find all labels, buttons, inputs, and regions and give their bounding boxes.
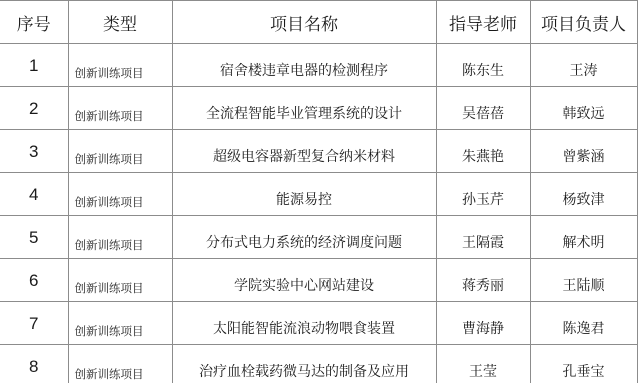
cell-leader: 韩致远 [530,87,637,130]
cell-leader: 陈逸君 [530,302,637,345]
cell-leader: 解术明 [530,216,637,259]
cell-leader: 杨致津 [530,173,637,216]
cell-name: 分布式电力系统的经济调度问题 [172,216,436,259]
cell-advisor: 王莹 [436,345,530,383]
header-leader: 项目负责人 [530,1,637,44]
cell-leader: 孔垂宝 [530,345,637,383]
name-text: 宿舍楼违章电器的检测程序 [173,60,436,86]
cell-name: 能源易控 [172,173,436,216]
type-text: 创新训练项目 [69,65,172,86]
type-text: 创新训练项目 [69,280,172,301]
name-text: 太阳能智能流浪动物喂食装置 [173,318,436,344]
index-text: 5 [0,216,68,248]
type-text: 创新训练项目 [69,194,172,215]
cell-type: 创新训练项目 [68,130,172,173]
header-name: 项目名称 [172,1,436,44]
cell-type: 创新训练项目 [68,259,172,302]
leader-text: 解术明 [531,232,637,258]
leader-text: 孔垂宝 [531,361,637,383]
advisor-text: 孙玉芹 [437,189,530,215]
leader-text: 曾紫涵 [531,146,637,172]
cell-index: 1 [0,44,68,87]
cell-index: 3 [0,130,68,173]
cell-type: 创新训练项目 [68,44,172,87]
name-text: 全流程智能毕业管理系统的设计 [173,103,436,129]
leader-text: 王涛 [531,60,637,86]
table-row: 1 创新训练项目 宿舍楼违章电器的检测程序 陈东生 王涛 [0,44,637,87]
cell-leader: 王涛 [530,44,637,87]
cell-advisor: 朱燕艳 [436,130,530,173]
cell-index: 7 [0,302,68,345]
type-text: 创新训练项目 [69,323,172,344]
header-advisor: 指导老师 [436,1,530,44]
table-row: 2 创新训练项目 全流程智能毕业管理系统的设计 吴蓓蓓 韩致远 [0,87,637,130]
cell-name: 太阳能智能流浪动物喂食装置 [172,302,436,345]
table-header-row: 序号 类型 项目名称 指导老师 项目负责人 [0,1,637,44]
cell-type: 创新训练项目 [68,216,172,259]
cell-index: 5 [0,216,68,259]
leader-text: 陈逸君 [531,318,637,344]
name-text: 治疗血栓载药微马达的制备及应用 [173,361,436,383]
leader-text: 杨致津 [531,189,637,215]
cell-advisor: 蒋秀丽 [436,259,530,302]
index-text: 1 [0,44,68,76]
type-text: 创新训练项目 [69,366,172,383]
cell-leader: 曾紫涵 [530,130,637,173]
advisor-text: 蒋秀丽 [437,275,530,301]
cell-leader: 王陆顺 [530,259,637,302]
leader-text: 韩致远 [531,103,637,129]
table-row: 4 创新训练项目 能源易控 孙玉芹 杨致津 [0,173,637,216]
index-text: 6 [0,259,68,291]
advisor-text: 曹海静 [437,318,530,344]
cell-advisor: 吴蓓蓓 [436,87,530,130]
cell-advisor: 陈东生 [436,44,530,87]
index-text: 8 [0,345,68,377]
table-row: 8 创新训练项目 治疗血栓载药微马达的制备及应用 王莹 孔垂宝 [0,345,637,383]
index-text: 4 [0,173,68,205]
cell-index: 4 [0,173,68,216]
cell-advisor: 曹海静 [436,302,530,345]
cell-name: 超级电容器新型复合纳米材料 [172,130,436,173]
index-text: 3 [0,130,68,162]
cell-advisor: 孙玉芹 [436,173,530,216]
index-text: 2 [0,87,68,119]
type-text: 创新训练项目 [69,237,172,258]
cell-type: 创新训练项目 [68,345,172,383]
name-text: 能源易控 [173,189,436,215]
name-text: 超级电容器新型复合纳米材料 [173,146,436,172]
advisor-text: 吴蓓蓓 [437,103,530,129]
cell-index: 6 [0,259,68,302]
table-row: 6 创新训练项目 学院实验中心网站建设 蒋秀丽 王陆顺 [0,259,637,302]
leader-text: 王陆顺 [531,275,637,301]
name-text: 分布式电力系统的经济调度问题 [173,232,436,258]
index-text: 7 [0,302,68,334]
cell-type: 创新训练项目 [68,302,172,345]
cell-name: 治疗血栓载药微马达的制备及应用 [172,345,436,383]
cell-index: 2 [0,87,68,130]
type-text: 创新训练项目 [69,108,172,129]
header-type: 类型 [68,1,172,44]
table-row: 7 创新训练项目 太阳能智能流浪动物喂食装置 曹海静 陈逸君 [0,302,637,345]
cell-type: 创新训练项目 [68,173,172,216]
cell-name: 全流程智能毕业管理系统的设计 [172,87,436,130]
table-row: 5 创新训练项目 分布式电力系统的经济调度问题 王隔霞 解术明 [0,216,637,259]
cell-type: 创新训练项目 [68,87,172,130]
advisor-text: 王莹 [437,361,530,383]
cell-name: 宿舍楼违章电器的检测程序 [172,44,436,87]
table-row: 3 创新训练项目 超级电容器新型复合纳米材料 朱燕艳 曾紫涵 [0,130,637,173]
name-text: 学院实验中心网站建设 [173,275,436,301]
advisor-text: 王隔霞 [437,232,530,258]
advisor-text: 陈东生 [437,60,530,86]
type-text: 创新训练项目 [69,151,172,172]
cell-index: 8 [0,345,68,383]
cell-name: 学院实验中心网站建设 [172,259,436,302]
cell-advisor: 王隔霞 [436,216,530,259]
projects-table: 序号 类型 项目名称 指导老师 项目负责人 1 创新训练项目 宿舍楼违章电器的检… [0,0,638,383]
advisor-text: 朱燕艳 [437,146,530,172]
header-index: 序号 [0,1,68,44]
